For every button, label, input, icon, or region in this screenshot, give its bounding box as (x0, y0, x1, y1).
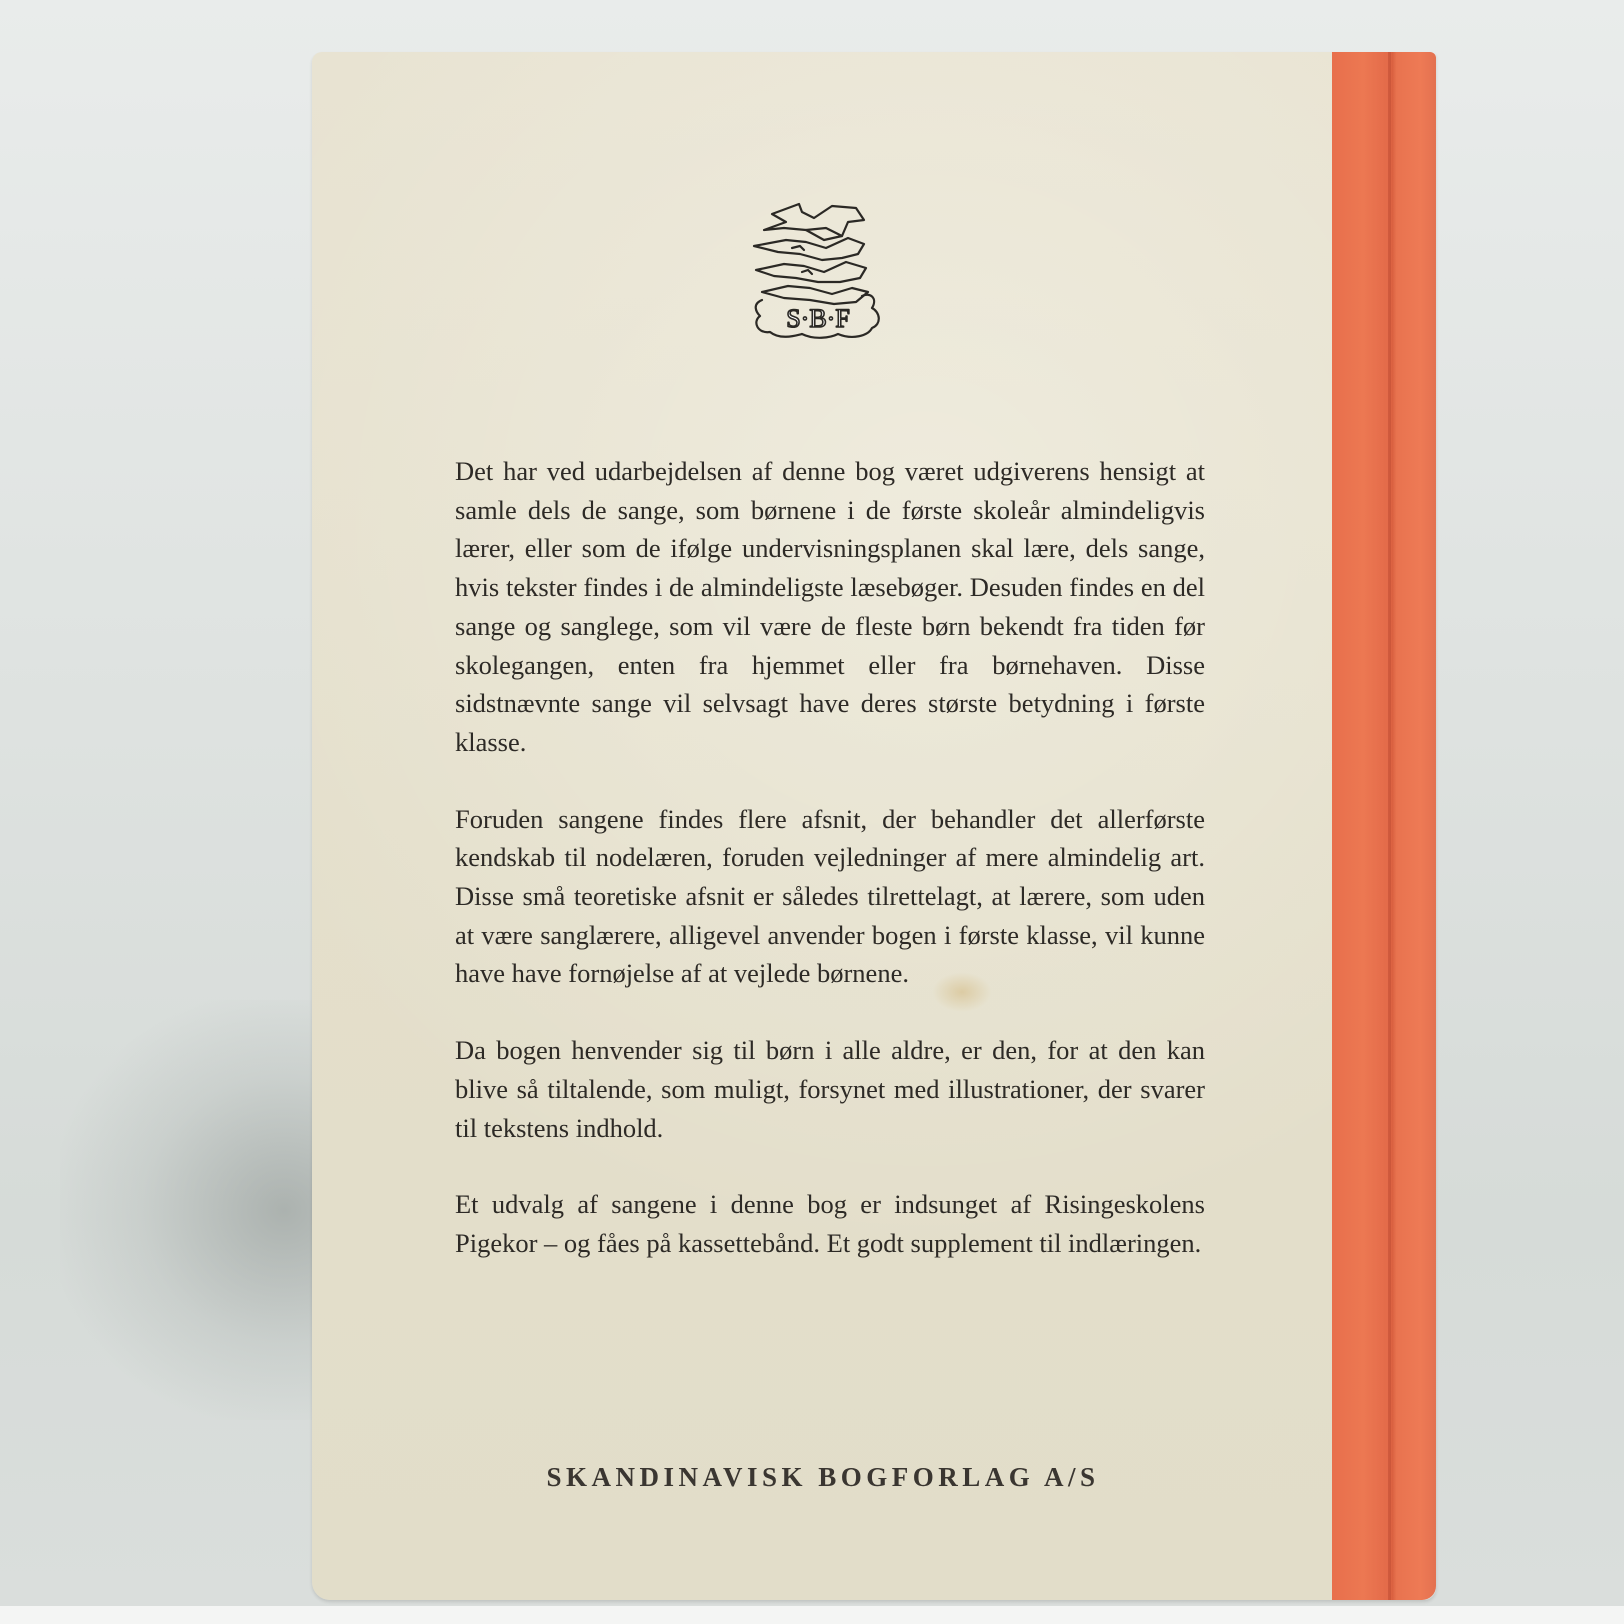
blurb-text: Det har ved udarbejdelsen af denne bog v… (455, 452, 1205, 1301)
book-back-cover: S·B·F Det har ved udarbejdelsen af denne… (312, 52, 1436, 1600)
book-shadow (60, 1000, 340, 1420)
svg-text:S·B·F: S·B·F (786, 304, 850, 333)
book-spine (1332, 52, 1436, 1600)
publisher-name: SKANDINAVISK BOGFORLAG A/S (312, 1462, 1334, 1493)
cover-panel: S·B·F Det har ved udarbejdelsen af denne… (312, 52, 1334, 1600)
spine-groove (1388, 52, 1391, 1600)
blurb-paragraph: Da bogen henvender sig til børn i alle a… (455, 1031, 1205, 1147)
blurb-paragraph: Et udvalg af sangene i denne bog er inds… (455, 1185, 1205, 1262)
blurb-paragraph: Foruden sangene findes flere afsnit, der… (455, 800, 1205, 994)
blurb-paragraph: Det har ved udarbejdelsen af denne bog v… (455, 452, 1205, 762)
table-surface-edge (0, 1606, 1624, 1624)
flying-geese-icon: S·B·F (744, 192, 894, 342)
